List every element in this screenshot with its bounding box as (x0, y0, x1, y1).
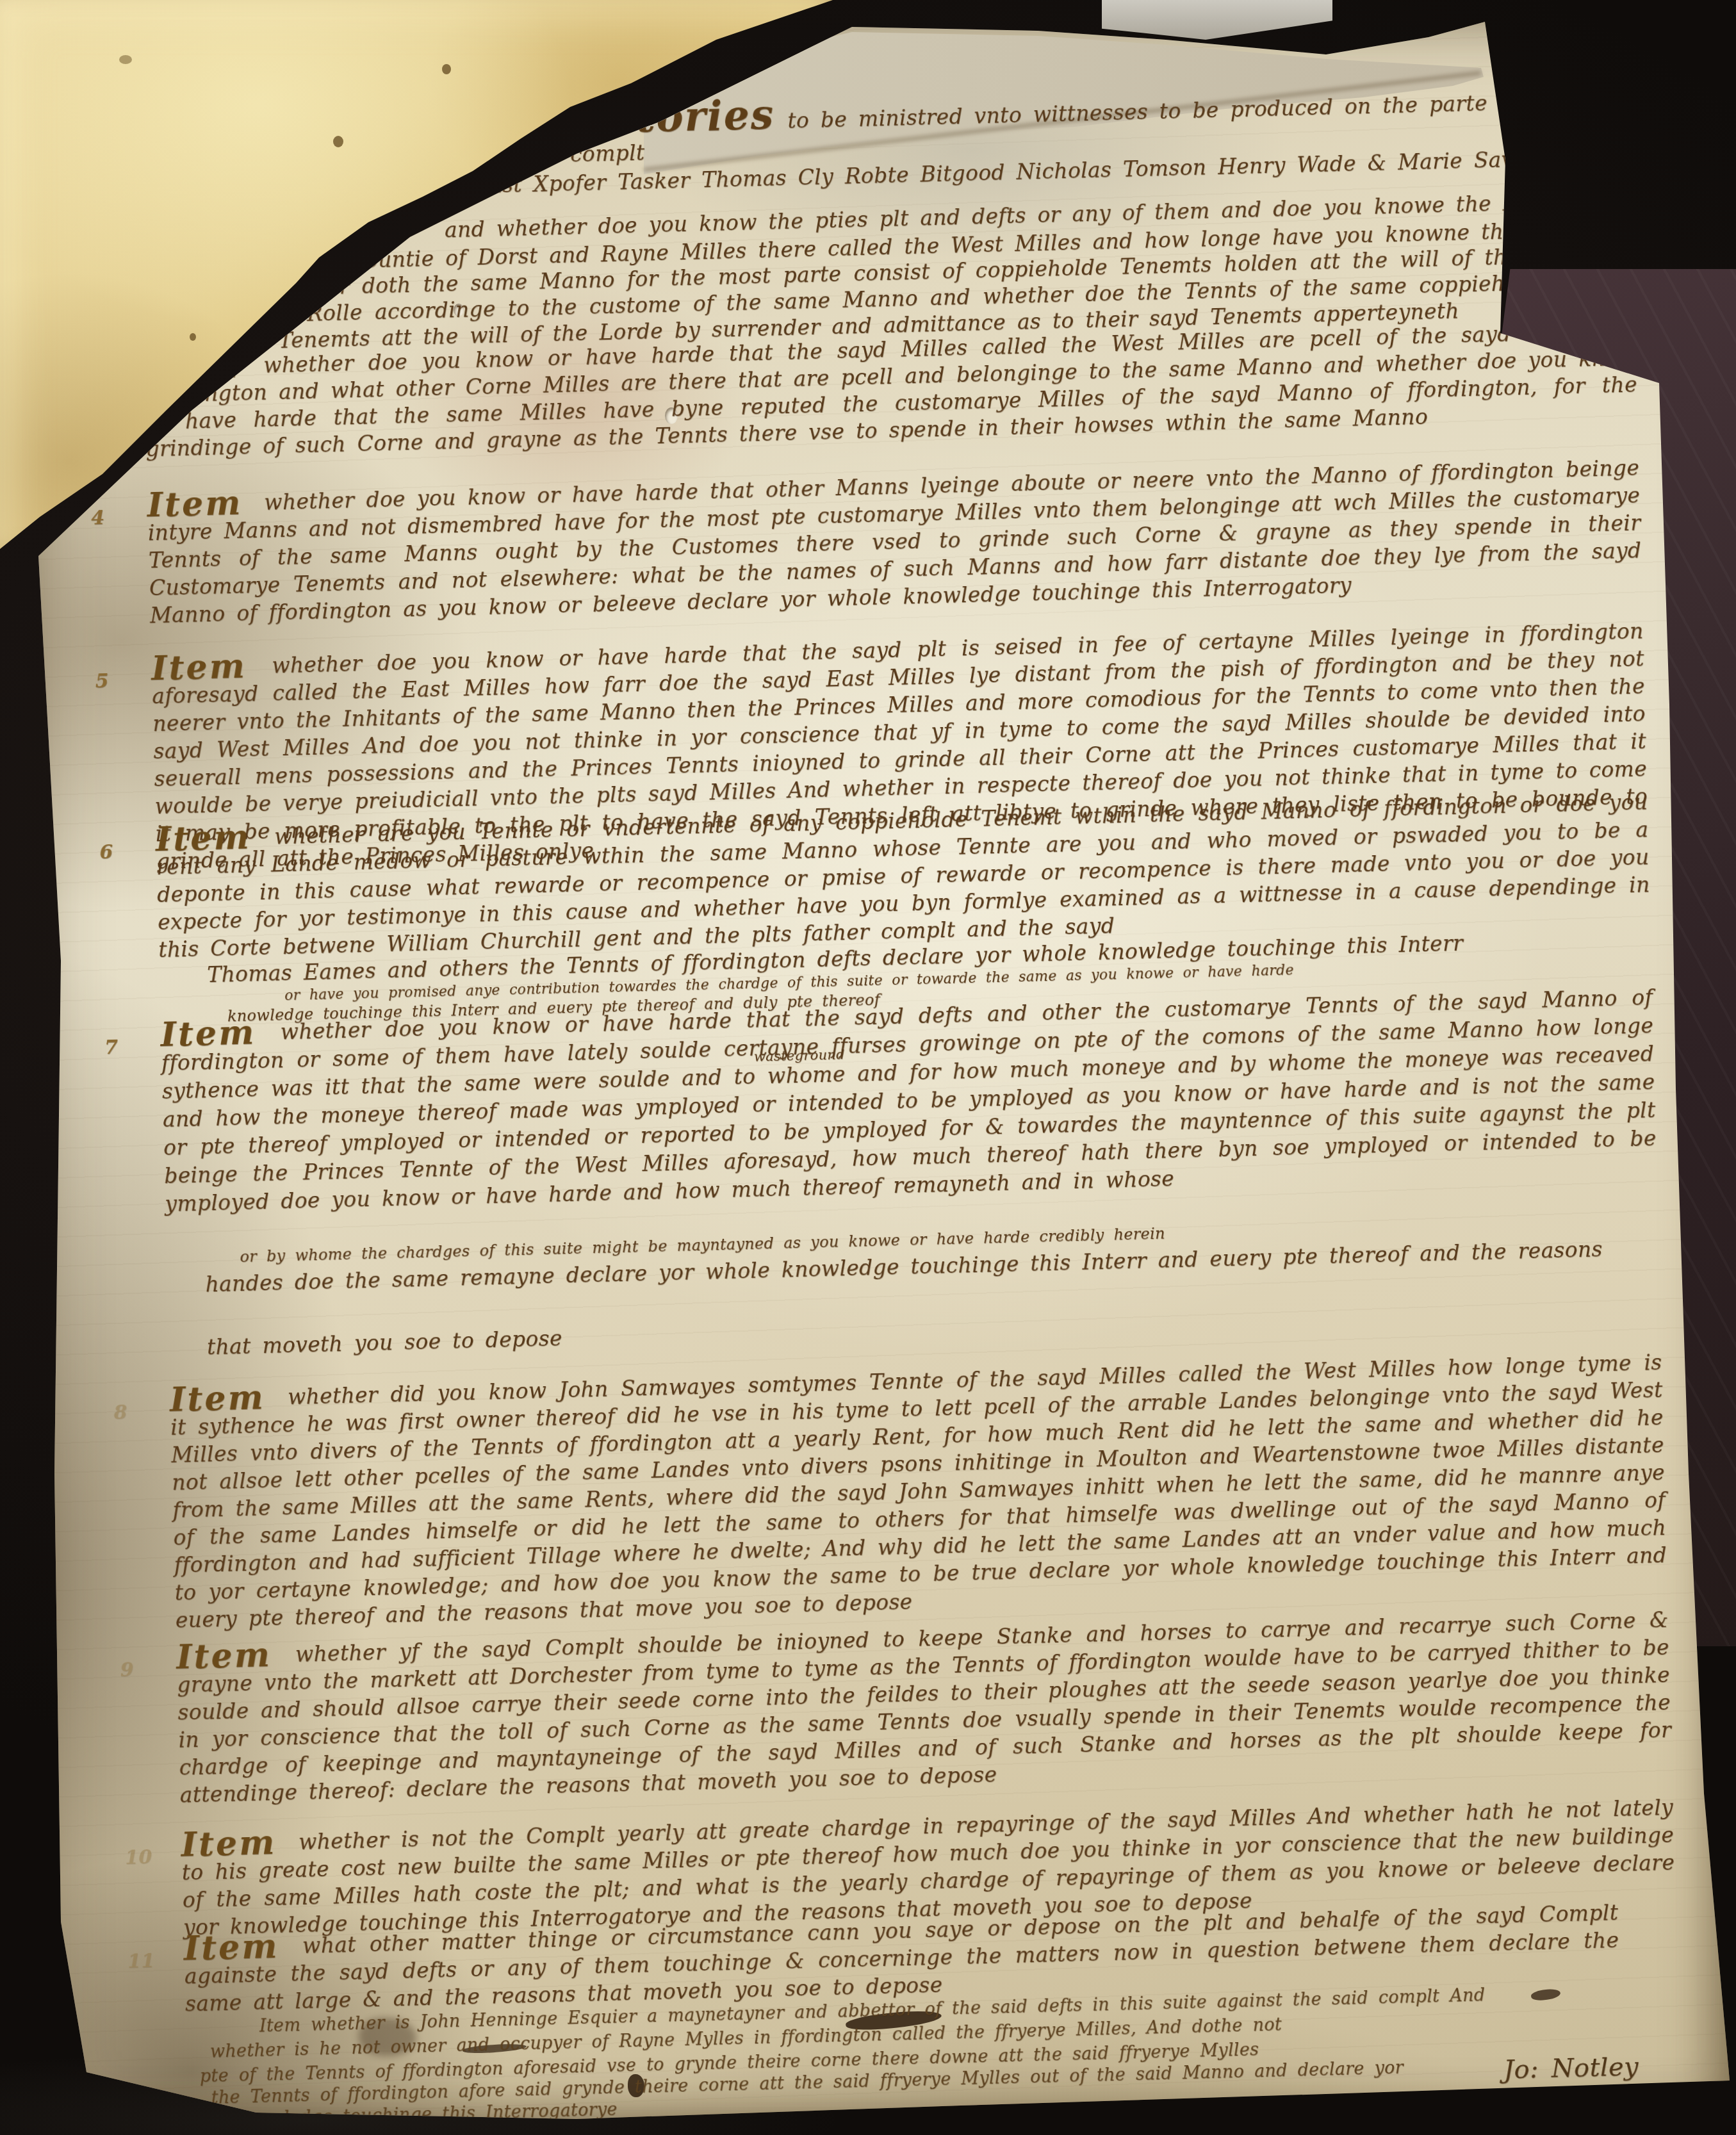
clerk-signature: Jo: Notley (1503, 2052, 1639, 2084)
hole-speck (333, 136, 343, 147)
paper-fragment (1102, 0, 1332, 40)
handwriting-layer: Interrogatoriesto be ministred vnto witt… (0, 0, 1736, 2135)
hole-speck (550, 119, 557, 127)
photograph-backdrop: { "palette":{"backdrop":"#171210","backi… (0, 0, 1736, 2135)
interrogatory-item: 8Item whether did you know John Samwayes… (170, 1348, 1668, 1634)
hole-speck (119, 55, 132, 64)
item-number: 4 (91, 504, 105, 532)
manuscript-line: wasteground (754, 1047, 846, 1065)
interrogatory-item: 4Item whether doe you know or have harde… (147, 454, 1642, 629)
item-number: 11 (127, 1947, 155, 1975)
item-text: whether did you know John Samwayes somty… (170, 1350, 1667, 1633)
item-number: 9 (120, 1656, 134, 1684)
manuscript-line: that moveth you soe to depose (207, 1325, 563, 1359)
hole-speck (442, 64, 451, 74)
item-number: 10 (125, 1844, 152, 1872)
item-number: 5 (95, 667, 109, 696)
item-number: 6 (99, 838, 113, 867)
interrogatory-item: 9Item whether yf the sayd Complt shoulde… (176, 1606, 1673, 1809)
item-text: whether yf the sayd Complt shoulde be in… (177, 1607, 1672, 1808)
item-number: 8 (113, 1399, 127, 1427)
item-number: 7 (104, 1034, 119, 1063)
item-text: whether doe you know or have harde that … (147, 455, 1641, 628)
hole-speck (190, 333, 196, 341)
main-parchment: Interrogatoriesto be ministred vnto witt… (0, 0, 1736, 2135)
